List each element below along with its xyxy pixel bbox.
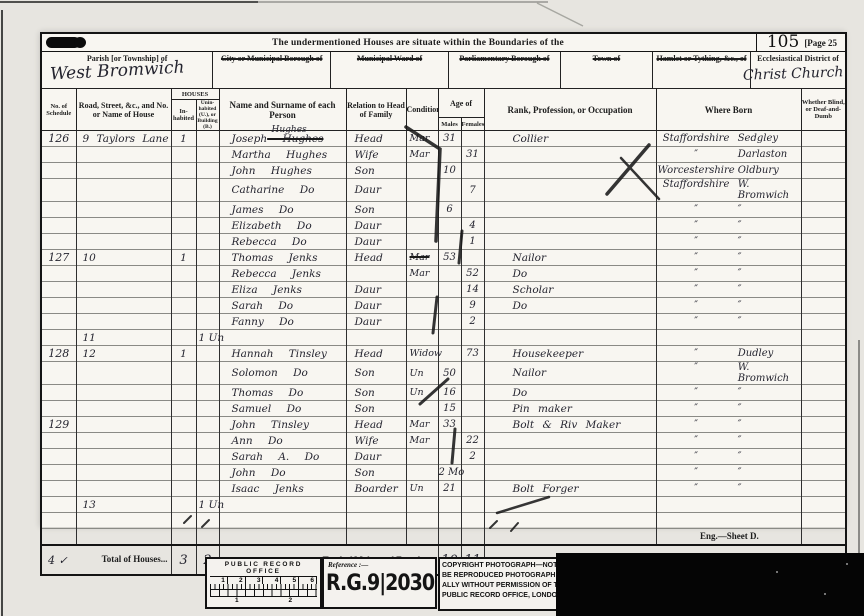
ruler-coarse-ticks	[210, 590, 317, 597]
cell-occ: Scholar	[484, 282, 656, 298]
cell-uninh	[196, 314, 219, 330]
cell-sched	[41, 298, 76, 314]
cell-occ: Housekeeper	[484, 346, 656, 362]
cell-sched	[41, 401, 76, 417]
cell-name: John Tinsley	[219, 417, 346, 433]
cell-uninh	[196, 513, 219, 529]
col-road: Road, Street, &c., and No. or Name of Ho…	[76, 89, 171, 131]
cell-inh	[171, 163, 196, 179]
district-cell-city: City or Municipal Borough of	[213, 52, 331, 88]
cell-occ: Nailor	[484, 250, 656, 266]
cell-uninh	[196, 163, 219, 179]
cell-uninh	[196, 131, 219, 147]
cell-addr	[76, 385, 171, 401]
cell-inh	[171, 449, 196, 465]
cell-cond	[406, 330, 438, 346]
cell-sched	[41, 330, 76, 346]
census-row: 111 Un	[41, 330, 846, 346]
cell-af	[461, 529, 484, 546]
cell-af: 22	[461, 433, 484, 449]
cell-uninh	[196, 481, 219, 497]
cell-addr	[76, 529, 171, 546]
photo-edge-top	[0, 1, 258, 3]
cell-born	[656, 497, 801, 513]
cell-blind	[801, 314, 846, 330]
cell-inh: 1	[171, 346, 196, 362]
cell-af	[461, 362, 484, 385]
cell-born	[656, 513, 801, 529]
cell-am: 50	[438, 362, 461, 385]
cell-name: Sarah A. Do	[219, 449, 346, 465]
cell-born: ″″	[656, 314, 801, 330]
district-cell-parish: Parish [or Township] of West Bromwich	[42, 52, 213, 88]
census-scan-page: The undermentioned Houses are situate wi…	[0, 0, 864, 616]
col-condition: Condition	[406, 89, 438, 131]
cell-name: John Do	[219, 465, 346, 481]
cell-cond	[406, 234, 438, 250]
cell-blind	[801, 282, 846, 298]
cell-af	[461, 481, 484, 497]
copyright-line: BE REPRODUCED PHOTOGRAPHIC-	[442, 571, 554, 581]
cell-inh	[171, 218, 196, 234]
hamlet-label: Hamlet or Tything, &c., of	[656, 54, 746, 88]
cell-af: 9	[461, 298, 484, 314]
col-uninhabited: Unin-habited (U.), or Building (B.)	[196, 100, 219, 131]
copyright-line: COPYRIGHT PHOTOGRAPH—NOT TO	[442, 561, 554, 571]
cell-cond: Widow	[406, 346, 438, 362]
cell-born: ″″	[656, 234, 801, 250]
cell-inh	[171, 433, 196, 449]
cell-addr	[76, 513, 171, 529]
cell-am	[438, 529, 461, 546]
cell-af: 4	[461, 218, 484, 234]
cell-addr	[76, 234, 171, 250]
cell-am	[438, 314, 461, 330]
cell-am: 21	[438, 481, 461, 497]
cell-rel: Head	[346, 250, 406, 266]
cell-inh	[171, 513, 196, 529]
cell-name: John Hughes	[219, 163, 346, 179]
cell-af	[461, 497, 484, 513]
cell-rel: Son	[346, 163, 406, 179]
cell-born: ″″	[656, 433, 801, 449]
cell-am	[438, 513, 461, 529]
cell-rel: Daur	[346, 234, 406, 250]
cell-cond: Mar	[406, 433, 438, 449]
cell-sched	[41, 266, 76, 282]
cell-born	[656, 330, 801, 346]
cell-blind	[801, 362, 846, 385]
cell-born: ″″	[656, 449, 801, 465]
cell-rel: Daur	[346, 298, 406, 314]
cell-sched	[41, 179, 76, 202]
cell-cond	[406, 465, 438, 481]
cell-name: Samuel Do	[219, 401, 346, 417]
census-row: John HughesSon10WorcestershireOldbury	[41, 163, 846, 179]
cell-uninh	[196, 346, 219, 362]
cell-rel: Wife	[346, 147, 406, 163]
cell-blind	[801, 513, 846, 529]
cell-cond	[406, 163, 438, 179]
cell-am	[438, 298, 461, 314]
census-row: Sarah A. DoDaur2″″	[41, 449, 846, 465]
cell-blind	[801, 234, 846, 250]
col-schedule: No. of Schedule	[41, 89, 76, 131]
cell-occ	[484, 163, 656, 179]
census-row: Solomon DoSonUn50Nailor″W. Bromwich	[41, 362, 846, 385]
census-row: John DoSon2 Mo″″	[41, 465, 846, 481]
cell-cond: Mar	[406, 250, 438, 266]
cell-addr	[76, 465, 171, 481]
census-form: The undermentioned Houses are situate wi…	[40, 32, 845, 527]
cell-uninh	[196, 449, 219, 465]
cell-blind	[801, 346, 846, 362]
cell-addr	[76, 481, 171, 497]
cell-born: ″W. Bromwich	[656, 362, 801, 385]
cell-am	[438, 266, 461, 282]
census-row	[41, 513, 846, 529]
cell-occ: Pin maker	[484, 401, 656, 417]
cell-name: Joseph HughesHughes	[219, 131, 346, 147]
cell-rel: Boarder	[346, 481, 406, 497]
cell-born: StaffordshireW. Bromwich	[656, 179, 801, 202]
census-row: 128121Hannah TinsleyHeadWidow73Housekeep…	[41, 346, 846, 362]
cell-rel	[346, 330, 406, 346]
cell-cond: Un	[406, 385, 438, 401]
cell-inh: 1	[171, 250, 196, 266]
cell-rel: Head	[346, 131, 406, 147]
public-record-office-box: PUBLIC RECORD OFFICE 123456 12	[205, 557, 322, 609]
cell-occ: Nailor	[484, 362, 656, 385]
cell-blind	[801, 163, 846, 179]
cell-rel: Son	[346, 202, 406, 218]
cell-born: ″Darlaston	[656, 147, 801, 163]
cell-sched	[41, 529, 76, 546]
cell-inh	[171, 314, 196, 330]
cell-occ	[484, 529, 656, 546]
cell-name: James Do	[219, 202, 346, 218]
film-black-region	[556, 553, 864, 616]
parl-borough-label: Parliamentary Borough of	[459, 54, 549, 88]
district-header: Parish [or Township] of West Bromwich Ci…	[41, 52, 846, 89]
cell-inh	[171, 362, 196, 385]
cell-name: Fanny Do	[219, 314, 346, 330]
cell-cond: Un	[406, 481, 438, 497]
cell-uninh	[196, 202, 219, 218]
census-row: Eliza JenksDaur14Scholar″″	[41, 282, 846, 298]
cell-name	[219, 330, 346, 346]
cell-sched	[41, 362, 76, 385]
cell-blind	[801, 497, 846, 513]
photo-edge-left	[1, 10, 3, 616]
cell-name: Elizabeth Do	[219, 218, 346, 234]
cell-am: 53	[438, 250, 461, 266]
cell-sched: 129	[41, 417, 76, 433]
cell-occ	[484, 433, 656, 449]
cell-sched	[41, 163, 76, 179]
cell-uninh	[196, 362, 219, 385]
cell-born: ″″	[656, 481, 801, 497]
cell-am	[438, 179, 461, 202]
cell-name: Sarah Do	[219, 298, 346, 314]
cell-uninh	[196, 147, 219, 163]
col-relation: Relation to Head of Family	[346, 89, 406, 131]
cell-rel: Son	[346, 362, 406, 385]
cell-inh	[171, 330, 196, 346]
cell-sched	[41, 314, 76, 330]
cell-uninh	[196, 433, 219, 449]
cell-occ: Do	[484, 298, 656, 314]
cell-inh	[171, 282, 196, 298]
cell-rel	[346, 497, 406, 513]
census-table: The undermentioned Houses are situate wi…	[40, 32, 847, 576]
reference-label: Reference :—	[324, 559, 435, 569]
census-row: Ann DoWifeMar22″″	[41, 433, 846, 449]
cell-addr	[76, 218, 171, 234]
cell-blind	[801, 385, 846, 401]
cell-af	[461, 131, 484, 147]
cell-name	[219, 529, 346, 546]
census-row: Samuel DoSon15Pin maker″″	[41, 401, 846, 417]
cell-born: ″″	[656, 465, 801, 481]
cell-cond	[406, 218, 438, 234]
ruler-inch-numbers: 123456	[210, 576, 317, 584]
cell-born: StaffordshireSedgley	[656, 131, 801, 147]
census-row: 127101Thomas JenksHeadMar53Nailor″″	[41, 250, 846, 266]
cell-am: 33	[438, 417, 461, 433]
col-females: Females	[461, 118, 484, 131]
cell-inh	[171, 417, 196, 433]
cell-rel: Daur	[346, 282, 406, 298]
district-cell-parl-borough: Parliamentary Borough of	[449, 52, 561, 88]
cell-inh	[171, 179, 196, 202]
cell-name: Solomon Do	[219, 362, 346, 385]
page-number-box: 105 [Page 25	[756, 34, 845, 51]
cell-af	[461, 385, 484, 401]
cell-name: Hannah Tinsley	[219, 346, 346, 362]
cell-rel	[346, 529, 406, 546]
cell-af	[461, 330, 484, 346]
copyright-box: COPYRIGHT PHOTOGRAPH—NOT TO BE REPRODUCE…	[438, 557, 558, 611]
cell-blind	[801, 481, 846, 497]
cell-am: 16	[438, 385, 461, 401]
reference-value: R.G.9|2030	[324, 570, 435, 595]
census-row: Isaac JenksBoarderUn21Bolt Forger″″	[41, 481, 846, 497]
cell-blind	[801, 202, 846, 218]
cell-inh	[171, 465, 196, 481]
cell-occ	[484, 218, 656, 234]
col-males: Males	[438, 118, 461, 131]
town-label: Town of	[593, 54, 621, 88]
cell-am: 2 Mo	[438, 465, 461, 481]
cell-rel: Daur	[346, 449, 406, 465]
cell-sched: 127	[41, 250, 76, 266]
cell-cond	[406, 401, 438, 417]
census-row: Rebecca JenksMar52Do″″	[41, 266, 846, 282]
census-row: 1269 Taylors Lane1Joseph HughesHughesHea…	[41, 131, 846, 147]
cell-occ: Collier	[484, 131, 656, 147]
cell-af: 31	[461, 147, 484, 163]
city-label: City or Municipal Borough of	[221, 54, 323, 88]
cell-name: Ann Do	[219, 433, 346, 449]
cell-cond: Mar	[406, 266, 438, 282]
cell-blind	[801, 179, 846, 202]
cell-blind	[801, 330, 846, 346]
census-row: Thomas DoSonUn16Do″″	[41, 385, 846, 401]
cell-uninh	[196, 465, 219, 481]
cell-sched	[41, 497, 76, 513]
cell-am	[438, 497, 461, 513]
cell-name: Martha Hughes	[219, 147, 346, 163]
cell-uninh	[196, 179, 219, 202]
census-row: 129John TinsleyHeadMar33Bolt & Riv Maker…	[41, 417, 846, 433]
cell-occ: Do	[484, 385, 656, 401]
cell-rel: Son	[346, 385, 406, 401]
cell-cond	[406, 298, 438, 314]
cell-sched	[41, 147, 76, 163]
census-row: 131 Un	[41, 497, 846, 513]
cell-addr	[76, 202, 171, 218]
cell-am: 31	[438, 131, 461, 147]
cell-blind	[801, 529, 846, 546]
cell-born: ″″	[656, 266, 801, 282]
ruler: 123456 12	[210, 576, 317, 604]
cell-occ	[484, 513, 656, 529]
page-label: [Page 25	[804, 38, 837, 48]
cell-addr: 12	[76, 346, 171, 362]
copyright-line: ALLY WITHOUT PERMISSION OF THE	[442, 581, 554, 591]
cell-cond: Mar	[406, 417, 438, 433]
cell-am: 15	[438, 401, 461, 417]
cell-af	[461, 163, 484, 179]
cell-am	[438, 433, 461, 449]
cell-af: 2	[461, 449, 484, 465]
cell-rel: Son	[346, 465, 406, 481]
cell-af: 14	[461, 282, 484, 298]
cell-born: ″″	[656, 202, 801, 218]
cell-sched	[41, 433, 76, 449]
cell-occ	[484, 330, 656, 346]
cell-cond: Mar	[406, 131, 438, 147]
cell-occ	[484, 465, 656, 481]
cell-born: ″″	[656, 298, 801, 314]
title-strip: The undermentioned Houses are situate wi…	[41, 33, 846, 52]
cell-rel: Daur	[346, 314, 406, 330]
cell-blind	[801, 433, 846, 449]
cell-rel: Daur	[346, 179, 406, 202]
district-cell-ecclesiastical: Ecclesiastical District of Christ Church	[751, 52, 845, 88]
cell-occ	[484, 147, 656, 163]
cell-af	[461, 465, 484, 481]
district-cell-hamlet: Hamlet or Tything, &c., of	[653, 52, 751, 88]
cell-name	[219, 513, 346, 529]
col-born: Where Born	[656, 89, 801, 131]
cell-uninh	[196, 417, 219, 433]
cell-rel: Wife	[346, 433, 406, 449]
cell-uninh	[196, 298, 219, 314]
pro-title: PUBLIC RECORD OFFICE	[207, 561, 320, 575]
cell-af: 73	[461, 346, 484, 362]
cell-sched	[41, 385, 76, 401]
cell-inh	[171, 202, 196, 218]
cell-blind	[801, 401, 846, 417]
census-row: Catharine DoDaur7StaffordshireW. Bromwic…	[41, 179, 846, 202]
cell-sched	[41, 513, 76, 529]
boundary-note: The undermentioned Houses are situate wi…	[80, 38, 756, 48]
cell-addr: 11	[76, 330, 171, 346]
cell-blind	[801, 449, 846, 465]
cell-addr	[76, 282, 171, 298]
cell-addr	[76, 179, 171, 202]
cell-name: Eliza Jenks	[219, 282, 346, 298]
cell-addr	[76, 147, 171, 163]
cell-inh	[171, 529, 196, 546]
cell-uninh	[196, 385, 219, 401]
cell-occ	[484, 314, 656, 330]
cell-cond: Mar	[406, 147, 438, 163]
col-occupation: Rank, Profession, or Occupation	[484, 89, 656, 131]
cell-addr: 13	[76, 497, 171, 513]
cell-born: ″″	[656, 282, 801, 298]
cell-addr	[76, 417, 171, 433]
cell-occ: Bolt Forger	[484, 481, 656, 497]
cell-inh	[171, 401, 196, 417]
cell-af	[461, 250, 484, 266]
cell-am	[438, 449, 461, 465]
cell-addr	[76, 163, 171, 179]
cell-rel: Daur	[346, 218, 406, 234]
cell-addr	[76, 433, 171, 449]
cell-inh	[171, 266, 196, 282]
sheet-note: Eng.—Sheet D.	[700, 531, 759, 541]
cell-name: Catharine Do	[219, 179, 346, 202]
cell-cond	[406, 179, 438, 202]
cell-sched	[41, 218, 76, 234]
cell-am	[438, 234, 461, 250]
cell-sched	[41, 465, 76, 481]
census-rows: 1269 Taylors Lane1Joseph HughesHughesHea…	[41, 131, 846, 546]
cell-blind	[801, 131, 846, 147]
cell-occ	[484, 179, 656, 202]
cell-inh: 1	[171, 131, 196, 147]
district-cell-ward: Municipal Ward of	[331, 52, 449, 88]
ward-label: Municipal Ward of	[357, 54, 422, 88]
cell-blind	[801, 298, 846, 314]
cell-addr	[76, 298, 171, 314]
cell-inh	[171, 298, 196, 314]
cell-born: ″″	[656, 250, 801, 266]
cell-born: ″″	[656, 401, 801, 417]
cell-addr	[76, 449, 171, 465]
cell-inh	[171, 147, 196, 163]
inked-stamp-blob	[46, 37, 80, 48]
cell-born: WorcestershireOldbury	[656, 163, 801, 179]
cell-rel: Son	[346, 401, 406, 417]
col-inhabited: In-habited	[171, 100, 196, 131]
cell-occ	[484, 449, 656, 465]
cell-occ	[484, 497, 656, 513]
cell-occ	[484, 234, 656, 250]
cell-inh	[171, 481, 196, 497]
rewritten-surname: Hughes	[272, 125, 307, 135]
cell-am: 10	[438, 163, 461, 179]
cell-inh	[171, 497, 196, 513]
cell-cond	[406, 529, 438, 546]
cell-af: 1	[461, 234, 484, 250]
cell-blind	[801, 266, 846, 282]
cell-name: Rebecca Jenks	[219, 266, 346, 282]
census-row: Fanny DoDaur2″″	[41, 314, 846, 330]
